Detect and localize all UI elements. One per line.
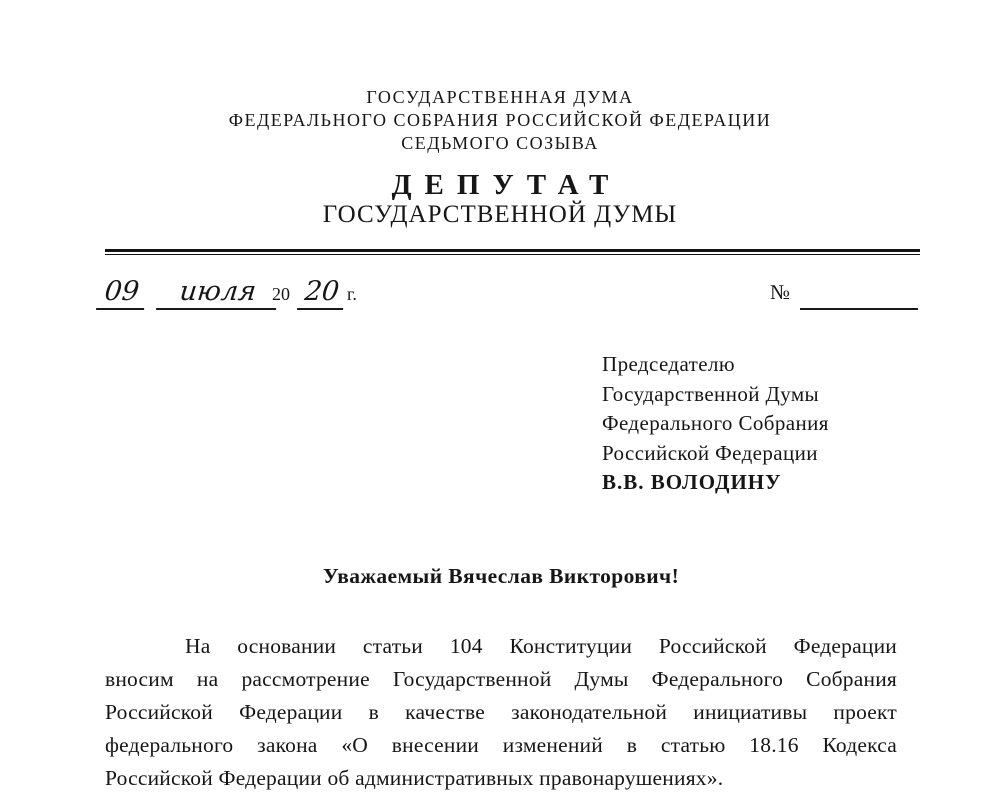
date-and-number-row: 09 июля 20 20 г. № <box>0 266 1000 310</box>
org-name-line2: ФЕДЕРАЛЬНОГО СОБРАНИЯ РОССИЙСКОЙ ФЕДЕРАЦ… <box>0 109 1000 132</box>
org-name-line1: ГОСУДАРСТВЕННАЯ ДУМА <box>0 86 1000 109</box>
numero-blank-line <box>800 284 918 310</box>
divider-thick-line <box>105 249 920 252</box>
year-suffix-label: г. <box>347 284 357 305</box>
letterhead: ГОСУДАРСТВЕННАЯ ДУМА ФЕДЕРАЛЬНОГО СОБРАН… <box>0 86 1000 229</box>
addressee-name: В.В. ВОЛОДИНУ <box>602 468 829 498</box>
year-printed-prefix: 20 <box>272 284 290 305</box>
addressee-block: Председателю Государственной Думы Федера… <box>602 350 829 498</box>
handwritten-month: июля <box>156 276 280 310</box>
salutation: Уважаемый Вячеслав Викторович! <box>105 564 897 589</box>
addressee-line: Председателю <box>602 350 829 380</box>
deputy-subtitle: ГОСУДАРСТВЕННОЙ ДУМЫ <box>0 201 1000 229</box>
org-name-line3: СЕДЬМОГО СОЗЫВА <box>0 132 1000 155</box>
handwritten-year: 20 <box>297 276 347 310</box>
addressee-line: Российской Федерации <box>602 439 829 469</box>
body-line: На основании статьи 104 Конституции Росс… <box>105 630 897 663</box>
body-line: вносим на рассмотрение Государственной Д… <box>105 663 897 696</box>
deputy-title: ДЕПУТАТ <box>0 170 1000 201</box>
addressee-line: Федерального Собрания <box>602 409 829 439</box>
numero-sign: № <box>770 280 790 305</box>
addressee-line: Государственной Думы <box>602 380 829 410</box>
handwritten-day: 09 <box>96 276 148 310</box>
letter-body: На основании статьи 104 Конституции Росс… <box>105 630 897 795</box>
body-line: федерального закона «О внесении изменени… <box>105 729 897 762</box>
scanned-letter-page: ГОСУДАРСТВЕННАЯ ДУМА ФЕДЕРАЛЬНОГО СОБРАН… <box>0 0 1000 800</box>
body-line: Российской Федерации об административных… <box>105 762 897 795</box>
body-line: Российской Федерации в качестве законода… <box>105 696 897 729</box>
divider-thin-line <box>105 254 920 255</box>
letterhead-divider <box>105 249 920 255</box>
